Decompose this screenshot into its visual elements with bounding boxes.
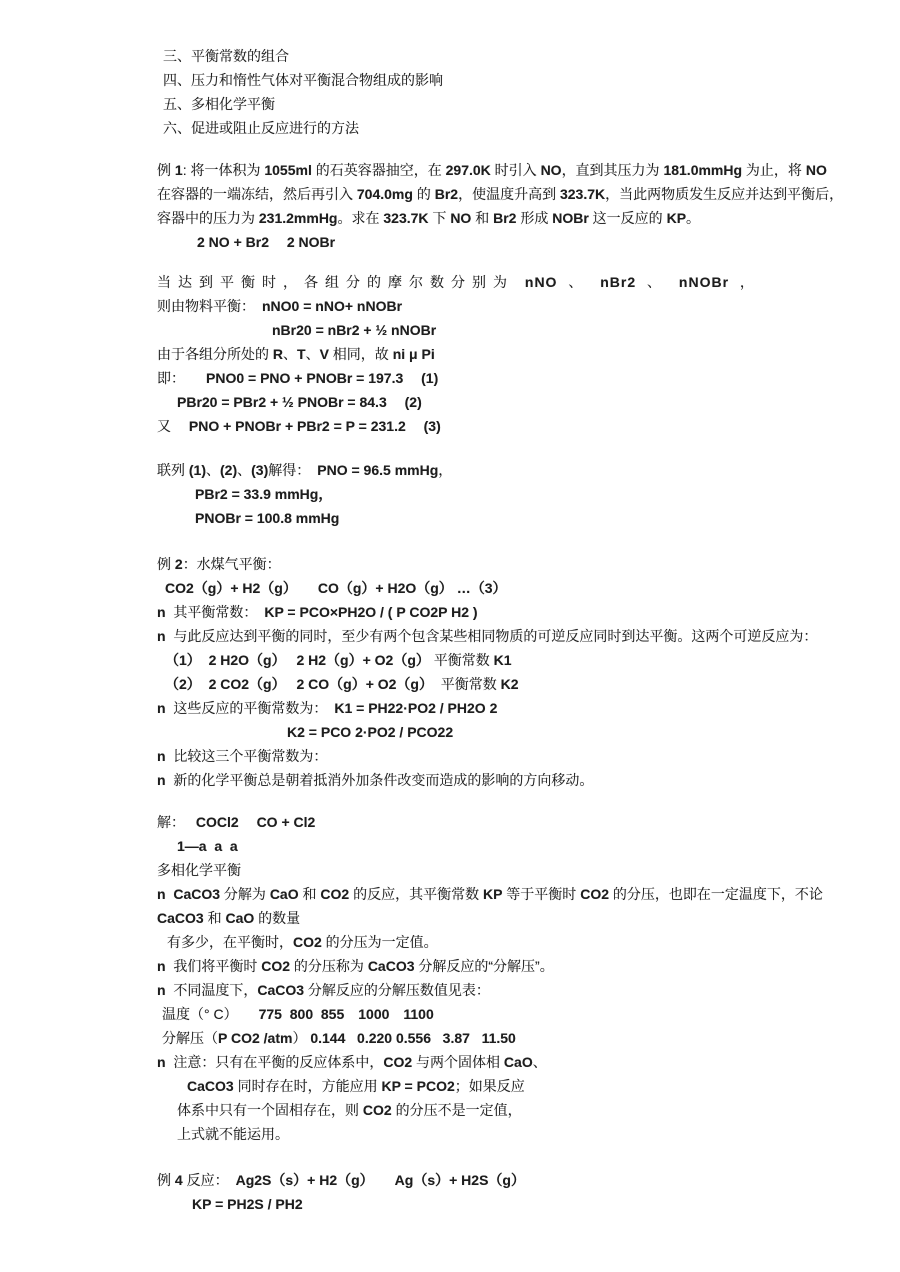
text-line: n 其平衡常数： KP = PCO×PH2O / ( P CO2P H2 ) xyxy=(157,600,850,624)
formula-text: KP = PCO×PH2O / ( P CO2P H2 ) xyxy=(264,604,477,620)
body-text: 上式就不能运用。 xyxy=(177,1126,289,1142)
formula-text: 775 800 855 1000 1100 xyxy=(259,1006,434,1022)
text-line: 解： COCl2 CO + Cl2 xyxy=(157,810,850,834)
body-text: 的石英容器抽空，在 xyxy=(312,162,446,178)
text-line: 1—a a a xyxy=(157,834,850,858)
body-text: 与此反应达到平衡的同时，至少有两个包含某些相同物质的可逆反应同时到达平衡。这两个… xyxy=(166,628,818,644)
body-text: 、 xyxy=(533,1054,547,1070)
body-text: ，直到其压力为 xyxy=(562,162,664,178)
formula-text: CO2 xyxy=(320,886,349,902)
body-text: 。求在 xyxy=(337,210,383,226)
formula-text: CaCO3 xyxy=(173,886,220,902)
text-line: PBr20 = PBr2 + ½ PNOBr = 84.3 (2) xyxy=(157,390,850,414)
formula-text: 1055ml xyxy=(264,162,311,178)
formula-text: PNOBr = 100.8 mmHg xyxy=(195,510,339,526)
body-text: 的反应，其平衡常数 xyxy=(349,886,483,902)
formula-text: COCl2 CO + Cl2 xyxy=(196,814,315,830)
formula-text: CaCO3 xyxy=(187,1078,234,1094)
body-text: 的数量 xyxy=(254,910,300,926)
text-line: n CaCO3 分解为 CaO 和 CO2 的反应，其平衡常数 KP 等于平衡时… xyxy=(157,882,850,906)
text-line: PNOBr = 100.8 mmHg xyxy=(157,506,850,530)
body-text: 和 xyxy=(471,210,493,226)
text-line: （2） 2 CO2（g） 2 CO（g）+ O2（g） 平衡常数 K2 xyxy=(157,672,850,696)
formula-text: CaCO3 xyxy=(157,910,204,926)
body-text: 新的化学平衡总是朝着抵消外加条件改变而造成的影响的方向移动。 xyxy=(166,772,594,788)
formula-text: n xyxy=(157,958,166,974)
body-text: 为止，将 xyxy=(742,162,806,178)
formula-text: n xyxy=(157,700,166,716)
formula-text: CO2 xyxy=(580,886,609,902)
formula-text: V xyxy=(320,346,329,362)
formula-text: KP = PCO2 xyxy=(381,1078,454,1094)
body-text: 反应： xyxy=(183,1172,236,1188)
formula-text: K2 = PCO 2·PO2 / PCO22 xyxy=(287,724,453,740)
text-line: 三、平衡常数的组合 xyxy=(157,44,850,68)
formula-text: nBr2 xyxy=(600,274,636,290)
text-line: PBr2 = 33.9 mmHg， xyxy=(157,482,850,506)
body-text: ， xyxy=(729,274,761,290)
formula-text: PBr20 = PBr2 + ½ PNOBr = 84.3 (2) xyxy=(177,394,422,410)
body-text: 五、多相化学平衡 xyxy=(163,96,275,112)
body-text: 时引入 xyxy=(491,162,541,178)
body-text: 与两个固体相 xyxy=(412,1054,504,1070)
body-text: 联列 xyxy=(157,462,189,478)
formula-text: 2 xyxy=(175,556,183,572)
body-text: 例 xyxy=(157,1172,175,1188)
text-line: 2 NO + Br2 2 NOBr xyxy=(157,230,850,254)
text-line: 分解压（P CO2 /atm） 0.144 0.220 0.556 3.87 1… xyxy=(157,1026,850,1050)
body-text: 等于平衡时 xyxy=(502,886,580,902)
formula-text: n xyxy=(157,772,166,788)
text-line: 联列 (1)、(2)、(3)解得： PNO = 96.5 mmHg， xyxy=(157,458,850,482)
body-text: 这些反应的平衡常数为： xyxy=(166,700,335,716)
body-text: 容器中的压力为 xyxy=(157,210,259,226)
body-text: 相同，故 xyxy=(329,346,393,362)
text-line: nBr20 = nBr2 + ½ nNOBr xyxy=(157,318,850,342)
body-text: 六、促进或阻止反应进行的方法 xyxy=(163,120,359,136)
text-line: 例 2：水煤气平衡： xyxy=(157,552,850,576)
text-line: 上式就不能运用。 xyxy=(157,1122,850,1146)
body-text: ；如果反应 xyxy=(455,1078,525,1094)
formula-text: （2） 2 CO2（g） 2 CO（g）+ O2（g） xyxy=(165,676,433,692)
formula-text: CaCO3 xyxy=(368,958,415,974)
body-text: 和 xyxy=(204,910,226,926)
body-text: 平衡常数 xyxy=(433,676,501,692)
body-text: 不同温度下， xyxy=(166,982,258,998)
formula-text: 231.2mmHg xyxy=(259,210,338,226)
body-text: 分解为 xyxy=(220,886,270,902)
body-text: 、 xyxy=(283,346,297,362)
body-text: 、 xyxy=(557,274,600,290)
formula-text: (3) xyxy=(251,462,268,478)
formula-text: 2 NO + Br2 2 NOBr xyxy=(197,234,335,250)
formula-text: nNO xyxy=(525,274,558,290)
formula-text: CO2 xyxy=(383,1054,412,1070)
body-text: 分解反应的分解压数值见表： xyxy=(304,982,490,998)
text-line: 体系中只有一个固相存在，则 CO2 的分压不是一定值， xyxy=(157,1098,850,1122)
formula-text: n xyxy=(157,886,166,902)
body-text: 多相化学平衡 xyxy=(157,862,241,878)
formula-text: CaO xyxy=(270,886,299,902)
text-line: CO2（g）+ H2（g） CO（g）+ H2O（g） …（3） xyxy=(157,576,850,600)
body-text: ，当此两物质发生反应并达到平衡后， xyxy=(605,186,843,202)
body-text: 解得： xyxy=(268,462,317,478)
formula-text: nNO0 = nNO+ nNOBr xyxy=(262,298,402,314)
body-text: 、 xyxy=(237,462,251,478)
formula-text: CO2 xyxy=(261,958,290,974)
body-text: 当达到平衡时，各组分的摩尔数分别为 xyxy=(157,274,525,290)
formula-text: KP = PH2S / PH2 xyxy=(192,1196,303,1212)
body-text: ） xyxy=(292,1030,310,1046)
text-line: K2 = PCO 2·PO2 / PCO22 xyxy=(157,720,850,744)
text-line: 例 4 反应： Ag2S（s）+ H2（g） Ag（s）+ H2S（g） xyxy=(157,1168,850,1192)
body-text: 形成 xyxy=(516,210,552,226)
formula-text: CO2 xyxy=(363,1102,392,1118)
text-line: 六、促进或阻止反应进行的方法 xyxy=(157,116,850,140)
body-text: 平衡常数 xyxy=(430,652,494,668)
formula-text: CO2 xyxy=(293,934,322,950)
formula-text: n xyxy=(157,748,166,764)
formula-text: 4 xyxy=(175,1172,183,1188)
formula-text: NOBr xyxy=(552,210,589,226)
text-line: n 这些反应的平衡常数为： K1 = PH22·PO2 / PH2O 2 xyxy=(157,696,850,720)
text-line: 温度（° C） 775 800 855 1000 1100 xyxy=(157,1002,850,1026)
formula-text: Br2 xyxy=(493,210,516,226)
body-text: ，使温度升高到 xyxy=(458,186,560,202)
formula-text: PNO + PNOBr + PBr2 = P = 231.2 (3) xyxy=(189,418,441,434)
text-line: n 我们将平衡时 CO2 的分压称为 CaCO3 分解反应的“分解压”。 xyxy=(157,954,850,978)
formula-text: ni μ Pi xyxy=(393,346,435,362)
body-text: 我们将平衡时 xyxy=(166,958,262,974)
body-text: 的分压称为 xyxy=(290,958,368,974)
body-text: 、 xyxy=(306,346,320,362)
text-line: KP = PH2S / PH2 xyxy=(157,1192,850,1216)
text-line: 有多少，在平衡时，CO2 的分压为一定值。 xyxy=(157,930,850,954)
formula-text: (2) xyxy=(220,462,237,478)
body-text: 、 xyxy=(636,274,679,290)
body-text: 体系中只有一个固相存在，则 xyxy=(177,1102,363,1118)
text-line: 四、压力和惰性气体对平衡混合物组成的影响 xyxy=(157,68,850,92)
formula-text: n xyxy=(157,628,166,644)
formula-text: NO xyxy=(450,210,471,226)
body-text: 的 xyxy=(413,186,435,202)
text-line: CaCO3 和 CaO 的数量 xyxy=(157,906,850,930)
body-text: 的分压为一定值。 xyxy=(322,934,438,950)
formula-text: PBr2 = 33.9 mmHg， xyxy=(195,486,332,502)
body-text: ， xyxy=(438,462,452,478)
text-line: n 比较这三个平衡常数为： xyxy=(157,744,850,768)
formula-text: R xyxy=(273,346,283,362)
body-text: : 将一体积为 xyxy=(183,162,265,178)
body-text: 下 xyxy=(429,210,451,226)
body-text: 的分压，也即在一定温度下，不论 xyxy=(609,886,823,902)
formula-text: KP xyxy=(483,886,502,902)
body-text: 例 xyxy=(157,556,175,572)
formula-text: PNO = 96.5 mmHg xyxy=(317,462,438,478)
text-line: （1） 2 H2O（g） 2 H2（g）+ O2（g） 平衡常数 K1 xyxy=(157,648,850,672)
text-line: 五、多相化学平衡 xyxy=(157,92,850,116)
formula-text: PNO0 = PNO + PNOBr = 197.3 (1) xyxy=(206,370,438,386)
formula-text: CaCO3 xyxy=(257,982,304,998)
formula-text: 1 xyxy=(175,162,183,178)
text-line: 由于各组分所处的 R、T、V 相同，故 ni μ Pi xyxy=(157,342,850,366)
body-text: 的分压不是一定值， xyxy=(392,1102,522,1118)
formula-text: P CO2 /atm xyxy=(218,1030,292,1046)
formula-text: K1 xyxy=(494,652,512,668)
formula-text: 0.144 0.220 0.556 3.87 11.50 xyxy=(310,1030,516,1046)
formula-text: nNOBr xyxy=(679,274,729,290)
text-line: 即： PNO0 = PNO + PNOBr = 197.3 (1) xyxy=(157,366,850,390)
formula-text: 1—a a a xyxy=(177,838,238,854)
body-text: 则由物料平衡： xyxy=(157,298,262,314)
body-text: 由于各组分所处的 xyxy=(157,346,273,362)
text-line: n 与此反应达到平衡的同时，至少有两个包含某些相同物质的可逆反应同时到达平衡。这… xyxy=(157,624,850,648)
text-line: CaCO3 同时存在时，方能应用 KP = PCO2；如果反应 xyxy=(157,1074,850,1098)
body-text: 四、压力和惰性气体对平衡混合物组成的影响 xyxy=(163,72,443,88)
text-line: 例 1: 将一体积为 1055ml 的石英容器抽空，在 297.0K 时引入 N… xyxy=(157,158,850,182)
body-text: 、 xyxy=(206,462,220,478)
body-text: 同时存在时，方能应用 xyxy=(234,1078,382,1094)
body-text: 这一反应的 xyxy=(589,210,667,226)
text-line: 在容器的一端冻结，然后再引入 704.0mg 的 Br2，使温度升高到 323.… xyxy=(157,182,850,206)
body-text: 比较这三个平衡常数为： xyxy=(166,748,328,764)
body-text: 分解反应的“分解压”。 xyxy=(415,958,554,974)
formula-text: n xyxy=(157,982,166,998)
formula-text: (1) xyxy=(189,462,206,478)
formula-text: NO xyxy=(806,162,827,178)
body-text: 例 xyxy=(157,162,175,178)
formula-text: K2 xyxy=(501,676,519,692)
body-text: 和 xyxy=(299,886,321,902)
body-text: 有多少，在平衡时， xyxy=(167,934,293,950)
formula-text: NO xyxy=(541,162,562,178)
body-text: 三、平衡常数的组合 xyxy=(163,48,289,64)
body-text: 。 xyxy=(686,210,700,226)
text-line: 多相化学平衡 xyxy=(157,858,850,882)
body-text: 解： xyxy=(157,814,196,830)
formula-text: CaO xyxy=(225,910,254,926)
formula-text: nBr20 = nBr2 + ½ nNOBr xyxy=(272,322,436,338)
formula-text: n xyxy=(157,1054,166,1070)
text-line: 容器中的压力为 231.2mmHg。求在 323.7K 下 NO 和 Br2 形… xyxy=(157,206,850,230)
body-text: 温度（° C） xyxy=(162,1006,259,1022)
text-line: 则由物料平衡： nNO0 = nNO+ nNOBr xyxy=(157,294,850,318)
body-text: 又 xyxy=(157,418,189,434)
formula-text: T xyxy=(297,346,306,362)
formula-text: （1） 2 H2O（g） 2 H2（g）+ O2（g） xyxy=(165,652,430,668)
formula-text: n xyxy=(157,604,166,620)
body-text: 其平衡常数： xyxy=(166,604,265,620)
formula-text: CO2（g）+ H2（g） CO（g）+ H2O（g） …（3） xyxy=(165,580,506,596)
body-text: 分解压（ xyxy=(162,1030,218,1046)
text-line: 当达到平衡时，各组分的摩尔数分别为 nNO 、 nBr2 、 nNOBr ， xyxy=(157,270,850,294)
formula-text: Br2 xyxy=(435,186,458,202)
formula-text: 323.7K xyxy=(383,210,428,226)
text-line: n 新的化学平衡总是朝着抵消外加条件改变而造成的影响的方向移动。 xyxy=(157,768,850,792)
text-line: n 注意：只有在平衡的反应体系中，CO2 与两个固体相 CaO、 xyxy=(157,1050,850,1074)
body-text: ：水煤气平衡： xyxy=(183,556,281,572)
formula-text: 181.0mmHg xyxy=(663,162,742,178)
formula-text: 323.7K xyxy=(560,186,605,202)
formula-text: KP xyxy=(667,210,686,226)
formula-text: 297.0K xyxy=(446,162,491,178)
formula-text: 704.0mg xyxy=(357,186,413,202)
body-text: 在容器的一端冻结，然后再引入 xyxy=(157,186,357,202)
formula-text: CaO xyxy=(504,1054,533,1070)
document-page: 三、平衡常数的组合四、压力和惰性气体对平衡混合物组成的影响五、多相化学平衡六、促… xyxy=(0,0,900,1272)
body-text: 即： xyxy=(157,370,206,386)
text-line: n 不同温度下，CaCO3 分解反应的分解压数值见表： xyxy=(157,978,850,1002)
formula-text: K1 = PH22·PO2 / PH2O 2 xyxy=(334,700,497,716)
text-line: 又 PNO + PNOBr + PBr2 = P = 231.2 (3) xyxy=(157,414,850,438)
formula-text: Ag2S（s）+ H2（g） Ag（s）+ H2S（g） xyxy=(236,1172,525,1188)
body-text: 注意：只有在平衡的反应体系中， xyxy=(166,1054,384,1070)
